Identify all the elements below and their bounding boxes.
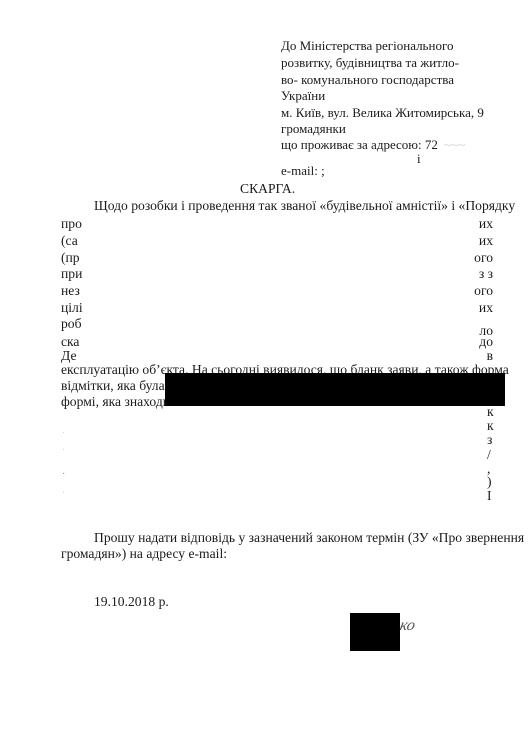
- document-title: СКАРГА.: [240, 181, 295, 198]
- paragraph1-first-line: Щодо розобки і проведення так званої «бу…: [94, 198, 504, 215]
- recipient-line: м. Київ, вул. Велика Житомирська, 9: [281, 105, 484, 121]
- address-fragment: і: [417, 151, 421, 167]
- signature-fragment: ко: [398, 617, 417, 635]
- paragraph2-redacted-line: відмітки, яка була: [61, 378, 165, 395]
- text-fragment: их: [479, 300, 493, 317]
- recipient-line: України: [281, 88, 325, 104]
- text-fragment: роб: [61, 316, 82, 333]
- text-fragment: (пр: [61, 250, 80, 267]
- text-fragment: з з: [479, 266, 493, 283]
- text-fragment: І: [487, 488, 492, 504]
- recipient-line: До Міністерства регіонального: [281, 38, 453, 54]
- text-fragment: при: [61, 266, 82, 283]
- email-label: e-mail: ;: [281, 163, 325, 179]
- text-fragment: их: [479, 216, 493, 233]
- sender-address-line: що проживає за адресою: 72: [281, 137, 438, 153]
- signature-redaction-box: [350, 613, 400, 651]
- paragraph2-redacted-line: формі, яка знаходит: [61, 394, 176, 411]
- recipient-line: громадянки: [281, 121, 346, 137]
- redaction-box: [165, 373, 505, 406]
- text-fragment: ого: [474, 250, 493, 267]
- text-fragment: нез: [61, 283, 80, 300]
- text-fragment: про: [61, 216, 82, 233]
- text-fragment: их: [479, 233, 493, 250]
- text-fragment: (са: [61, 233, 78, 250]
- request-line: громадян») на адресу e-mail:: [61, 546, 227, 563]
- text-fragment: з: [487, 432, 492, 448]
- text-fragment: цілі: [61, 300, 83, 317]
- text-fragment: ого: [474, 283, 493, 300]
- request-line: Прошу надати відповідь у зазначений зако…: [94, 530, 504, 547]
- recipient-line: во- комунального господарства: [281, 72, 454, 88]
- document-date: 19.10.2018 р.: [94, 594, 169, 611]
- recipient-line: розвитку, будівництва та житло-: [281, 55, 459, 71]
- address-faint-digits: ~~~: [444, 137, 465, 153]
